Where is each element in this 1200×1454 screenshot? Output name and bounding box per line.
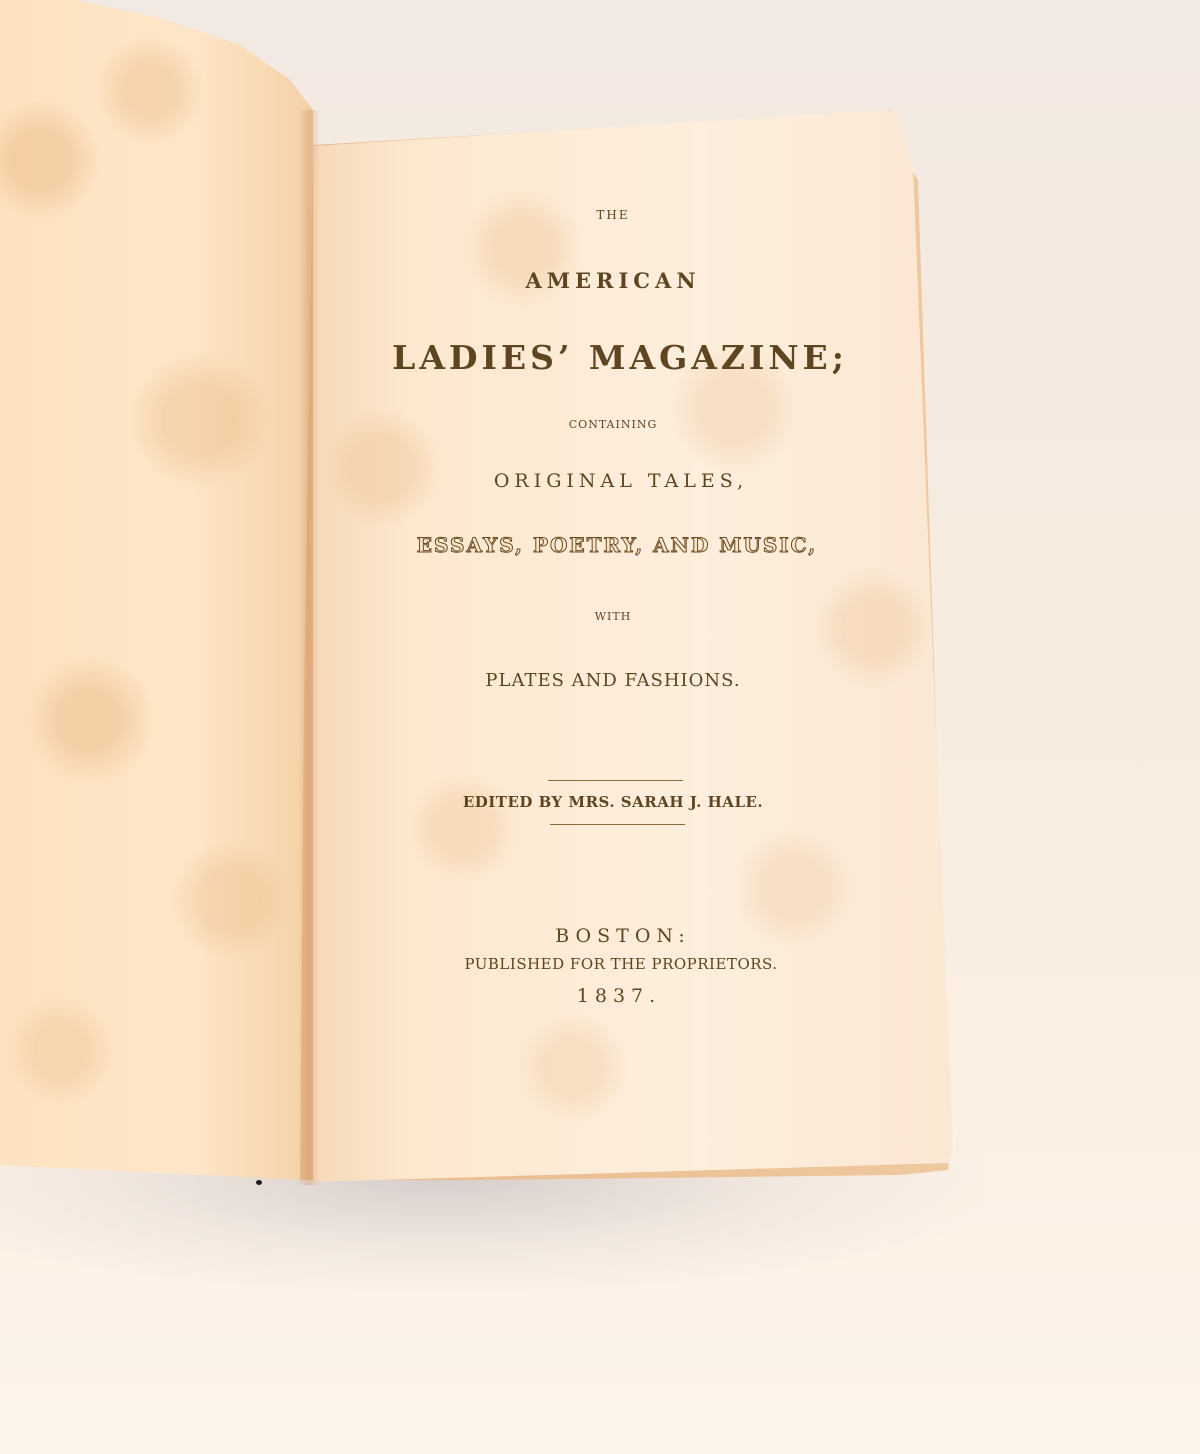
subtitle-original-tales: ORIGINAL TALES, [321,470,921,492]
main-title: LADIES’ MAGAZINE; [320,338,920,377]
rule-below-editor [550,824,685,825]
subtitle-with: WITH [313,610,913,623]
title-page: THE AMERICAN LADIES’ MAGAZINE; CONTAININ… [313,0,913,1100]
ribbon-end-dot [256,1180,262,1185]
book-photo-scene: THE AMERICAN LADIES’ MAGAZINE; CONTAININ… [0,0,1200,1454]
title-american: AMERICAN [313,268,913,293]
left-page [0,0,320,1185]
imprint-year: 1837. [319,985,919,1007]
imprint-city: BOSTON: [323,925,923,947]
subtitle-plates-fashions: PLATES AND FASHIONS. [313,670,913,691]
subtitle-essays-poetry-music: ESSAYS, POETRY, AND MUSIC, [317,533,917,557]
editor-line: EDITED BY MRS. SARAH J. HALE. [313,793,913,811]
subtitle-containing: CONTAINING [313,418,913,431]
title-the: THE [313,208,913,222]
rule-above-editor [548,780,683,781]
imprint-publisher: PUBLISHED FOR THE PROPRIETORS. [321,955,921,973]
